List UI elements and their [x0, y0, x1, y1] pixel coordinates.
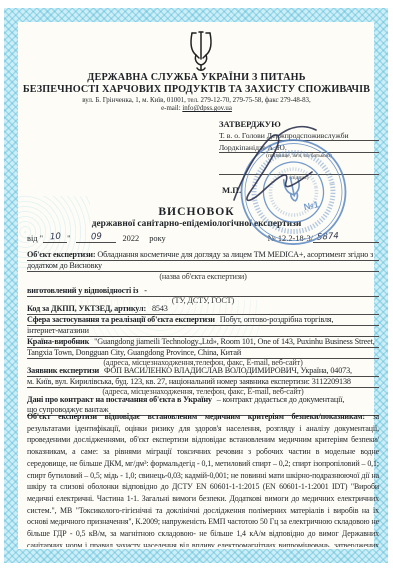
conclusion-body: за результатами ідентифікації, оцінки ри…	[27, 412, 379, 547]
code-label: Код за ДКПП, УКТЗЕД, артикул:	[27, 304, 146, 313]
date-month-handwritten: 09	[91, 232, 103, 243]
ukraine-trident-icon	[184, 30, 218, 72]
applicant-value-line1: ФОП ВАСИЛЕНКО ВЛАДИСЛАВ ВОЛОДИМИРОВИЧ, У…	[104, 366, 352, 375]
scope-value-line2: інтернет-магазини	[27, 326, 89, 335]
made-value: -	[144, 286, 147, 295]
object-caption: (назва об'єкта експертизи)	[27, 272, 379, 282]
email-label: e-mail:	[161, 105, 181, 112]
agency-email-line: e-mail: info@dpss.gov.ua	[0, 105, 393, 112]
agency-name-line2: БЕЗПЕЧНОСТІ ХАРЧОВИХ ПРОДУКТІВ ТА ЗАХИСТ…	[0, 84, 393, 95]
handwritten-signature-icon	[220, 122, 355, 222]
scope-value-line1: Побут, оптово-роздрібна торгівля,	[220, 315, 334, 324]
date-day-handwritten: 10	[49, 232, 61, 243]
applicant-label: Заявник експертизи	[27, 366, 99, 375]
applicant-value-line2: м. Київ, вул. Кирилівська, буд. 123, кв.…	[27, 377, 351, 386]
agency-name-line1: ДЕРЖАВНА СЛУЖБА УКРАЇНИ З ПИТАНЬ	[0, 72, 393, 83]
country-label: Країна-виробник	[27, 337, 89, 346]
conclusion-lead: Об'єкт експертизи відповідає встановлени…	[27, 412, 365, 421]
object-label: Об'єкт експертизи:	[27, 250, 95, 259]
scope-field-line2: інтернет-магазини	[27, 326, 379, 337]
date-word: року	[149, 234, 166, 243]
contract-label: Дані про контракт на постачання об'єкта …	[27, 395, 212, 404]
made-field: виготовлений у відповідності із -	[27, 286, 379, 297]
conclusion-paragraph: Об'єкт експертизи відповідає встановлени…	[27, 411, 379, 547]
country-field-line2: Tangxia Town, Dongguan City, Guangdong P…	[27, 348, 379, 359]
scope-field-line1: Сфера застосування та реалізації об'єкта…	[27, 315, 379, 326]
country-field-line1: Країна-виробник "Guangdong jiameili Tech…	[27, 337, 379, 348]
date-year: 2022	[122, 234, 139, 243]
object-value-line1: Обладнання косметичне для догляду за лиц…	[97, 250, 373, 259]
contract-field-line1: Дані про контракт на постачання об'єкта …	[27, 395, 379, 405]
email-address: info@dpss.gov.ua	[182, 105, 232, 112]
applicant-field-line2: м. Київ, вул. Кирилівська, буд. 123, кв.…	[27, 377, 379, 388]
object-field-line2: додатком до Висновку	[27, 261, 379, 272]
country-value-line2: Tangxia Town, Dongguan City, Guangdong P…	[27, 348, 241, 357]
code-value: 8543	[152, 304, 168, 313]
date-day-slot: 10	[43, 232, 67, 243]
agency-address: вул. Б. Грінченка, 1, м. Київ, 01001, те…	[0, 97, 393, 104]
date-month-slot: 09	[76, 232, 116, 243]
code-field: Код за ДКПП, УКТЗЕД, артикул: 8543	[27, 304, 379, 315]
scope-label: Сфера застосування та реалізації об'єкта…	[27, 315, 215, 324]
made-label: виготовлений у відповідності із	[27, 286, 138, 295]
document-sheet: ДЕРЖАВНА СЛУЖБА УКРАЇНИ З ПИТАНЬ БЕЗПЕЧН…	[0, 0, 393, 570]
contract-value-line1: – контракт додається до документації,	[217, 395, 345, 404]
object-field-line1: Об'єкт експертизи: Обладнання косметичне…	[27, 250, 379, 261]
object-value-line2: додатком до Висновку	[27, 261, 102, 270]
applicant-field-line1: Заявник експертизи ФОП ВАСИЛЕНКО ВЛАДИСЛ…	[27, 366, 379, 377]
date-prefix: від "	[27, 234, 43, 243]
date-quote-close: "	[67, 234, 70, 243]
country-value-line1: "Guangdong jiameili Technology.,Ltd», Ro…	[94, 337, 375, 346]
